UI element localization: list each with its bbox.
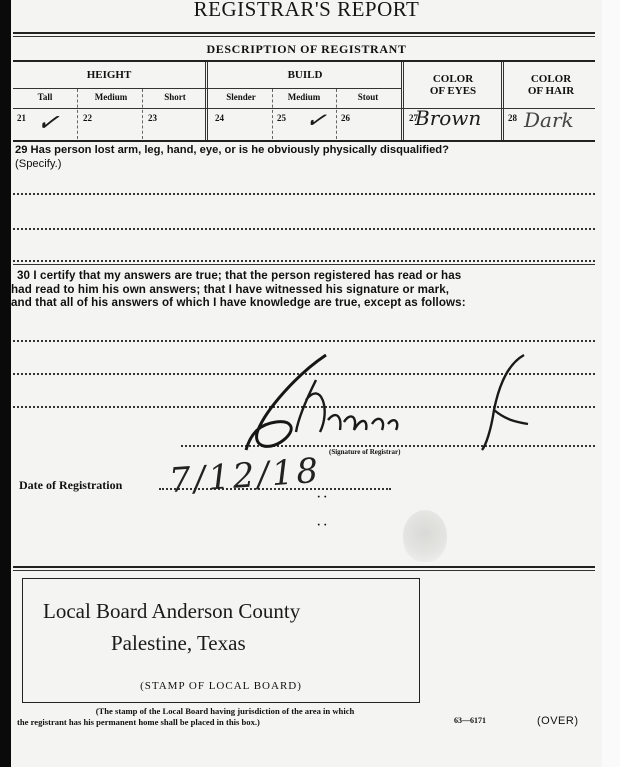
answer-line-29a xyxy=(13,193,595,195)
divider xyxy=(77,89,78,139)
local-board-stamp-box: Local Board Anderson County Palestine, T… xyxy=(22,578,420,703)
hair-color-value: Dark xyxy=(524,108,574,132)
header-bottom-rule xyxy=(13,108,595,109)
build-group-header: BUILD xyxy=(209,69,401,81)
field-22-number: 22 xyxy=(83,113,92,123)
faint-seal-mark xyxy=(403,510,447,562)
decorative-dots: ·· xyxy=(317,520,330,531)
divider-build-eyes xyxy=(401,62,404,142)
col-tall: Tall xyxy=(13,92,77,102)
col-slender: Slender xyxy=(211,92,271,102)
q29-rule xyxy=(13,264,595,265)
registrars-report-page: REGISTRAR'S REPORT DESCRIPTION OF REGIST… xyxy=(11,0,602,767)
answer-line-29b xyxy=(13,228,595,230)
divider-eyes-hair xyxy=(501,62,504,142)
scan-left-edge xyxy=(0,0,11,767)
stamp-instructions-2: the registrant has his permanent home sh… xyxy=(17,717,260,728)
col-color-of-hair: COLOR OF HAIR xyxy=(505,73,597,97)
form-number: 63—6171 xyxy=(454,716,486,725)
field-24-number: 24 xyxy=(215,113,224,123)
section-heading: DESCRIPTION OF REGISTRANT xyxy=(11,42,602,57)
stamp-instructions: (The stamp of the Local Board having jur… xyxy=(25,706,425,717)
divider-height-build xyxy=(205,62,208,142)
scan-right-edge xyxy=(602,0,620,767)
signature-caption: (Signature of Registrar) xyxy=(329,448,400,456)
answer-line-29c xyxy=(13,260,595,262)
stamp-caption: (STAMP OF LOCAL BOARD) xyxy=(23,680,419,692)
field-23-number: 23 xyxy=(148,113,157,123)
height-group-header: HEIGHT xyxy=(11,69,207,81)
footer-rule xyxy=(13,566,595,568)
col-stout: Stout xyxy=(337,92,399,102)
table-bottom-rule xyxy=(13,140,595,142)
section-rule xyxy=(13,60,595,62)
col-color-of-eyes: COLOR OF EYES xyxy=(405,73,501,97)
signature-scribble xyxy=(236,350,546,460)
registration-date-value: 7/12/18 xyxy=(168,451,322,502)
field-28-number: 28 xyxy=(508,113,517,123)
question-29: 29 Has person lost arm, leg, hand, eye, … xyxy=(15,143,449,171)
checkmark-build-medium: ✓ xyxy=(304,104,329,135)
field-25-number: 25 xyxy=(277,113,286,123)
field-26-number: 26 xyxy=(341,113,350,123)
title-rule xyxy=(13,32,595,34)
divider xyxy=(142,89,143,139)
decorative-dots: ·· xyxy=(317,492,330,503)
stamp-board-name: Local Board Anderson County xyxy=(43,599,300,624)
divider xyxy=(336,89,337,139)
footer-rule-thin xyxy=(13,570,595,571)
eye-color-value: Brown xyxy=(415,106,481,130)
col-short: Short xyxy=(143,92,207,102)
stamp-location: Palestine, Texas xyxy=(111,631,246,656)
over-indicator: (OVER) xyxy=(537,715,579,727)
checkmark-tall: ✓ xyxy=(35,107,61,140)
col-height-medium: Medium xyxy=(79,92,143,102)
col-build-medium: Medium xyxy=(273,92,335,102)
answer-line-30a xyxy=(13,340,595,342)
registration-date-label: Date of Registration xyxy=(19,478,122,493)
field-21-number: 21 xyxy=(17,113,26,123)
divider xyxy=(272,89,273,139)
title-rule-thin xyxy=(13,36,595,37)
question-30: 30 I certify that my answers are true; t… xyxy=(11,269,466,310)
document-title: REGISTRAR'S REPORT xyxy=(11,0,602,22)
